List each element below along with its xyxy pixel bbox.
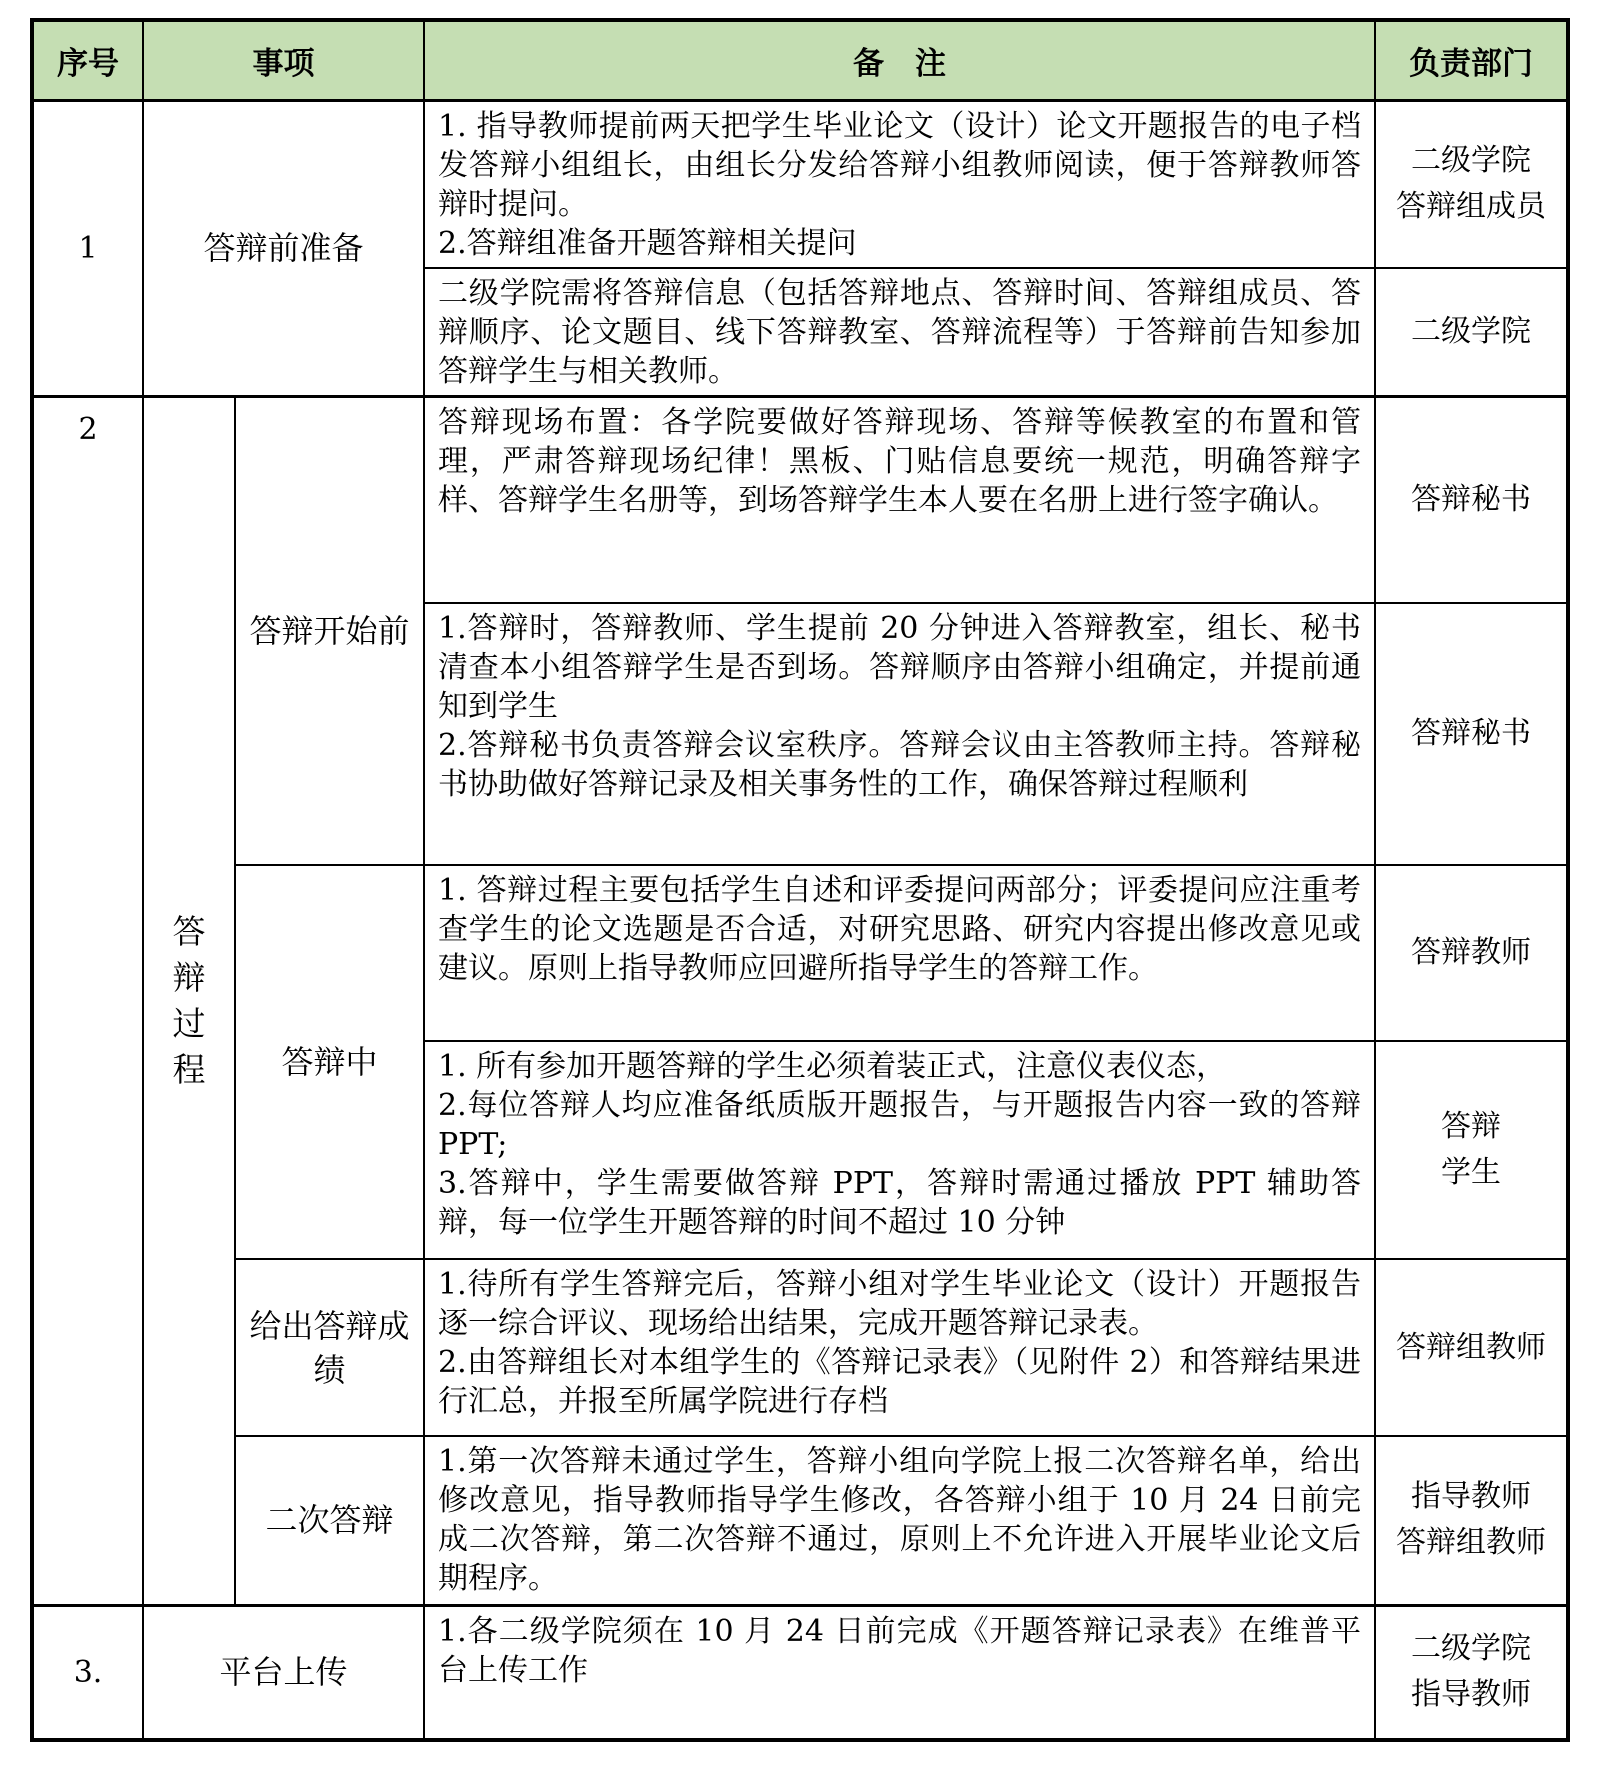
cell-r2a-dept: 答辩秘书 <box>1375 396 1568 603</box>
document-page: 序号 事项 备 注 负责部门 1 答辩前准备 1. 指导教师提前两天把学生毕业论… <box>0 18 1604 1765</box>
vertical-item-label: 答辩过程 <box>172 909 206 1093</box>
cell-r1-no: 1 <box>32 100 143 396</box>
cell-r2-sub4-label: 二次答辩 <box>235 1436 424 1605</box>
header-cell-no: 序号 <box>32 20 143 100</box>
cell-r3-remark: 1.各二级学院须在 10 月 24 日前完成《开题答辩记录表》在维普平台上传工作 <box>424 1605 1375 1740</box>
cell-r2c-remark: 1. 答辩过程主要包括学生自述和评委提问两部分；评委提问应注重考查学生的论文选题… <box>424 865 1375 1041</box>
cell-r1b-dept: 二级学院 <box>1375 268 1568 397</box>
cell-r2b-remark: 1.答辩时，答辩教师、学生提前 20 分钟进入答辩教室，组长、秘书清查本小组答辩… <box>424 603 1375 865</box>
header-cell-item: 事项 <box>143 20 424 100</box>
cell-r2f-remark: 1.第一次答辩未通过学生，答辩小组向学院上报二次答辩名单，给出修改意见，指导教师… <box>424 1436 1375 1605</box>
cell-r1b-remark: 二级学院需将答辩信息（包括答辩地点、答辩时间、答辩组成员、答辩顺序、论文题目、线… <box>424 268 1375 397</box>
cell-r1a-remark: 1. 指导教师提前两天把学生毕业论文（设计）论文开题报告的电子档发答辩小组组长，… <box>424 100 1375 268</box>
table-row: 3. 平台上传 1.各二级学院须在 10 月 24 日前完成《开题答辩记录表》在… <box>32 1605 1568 1740</box>
cell-r2e-dept: 答辩组教师 <box>1375 1259 1568 1436</box>
cell-r2d-remark: 1. 所有参加开题答辩的学生必须着装正式，注意仪表仪态， 2.每位答辩人均应准备… <box>424 1041 1375 1259</box>
cell-r1a-dept: 二级学院 答辩组成员 <box>1375 100 1568 268</box>
header-cell-remark: 备 注 <box>424 20 1375 100</box>
cell-r2d-dept: 答辩 学生 <box>1375 1041 1568 1259</box>
cell-r2a-remark: 答辩现场布置：各学院要做好答辩现场、答辩等候教室的布置和管理，严肃答辩现场纪律！… <box>424 396 1375 603</box>
defense-procedure-table: 序号 事项 备 注 负责部门 1 答辩前准备 1. 指导教师提前两天把学生毕业论… <box>30 18 1570 1742</box>
cell-r2-sub1-label: 答辩开始前 <box>235 396 424 865</box>
cell-r1-item: 答辩前准备 <box>143 100 424 396</box>
cell-r2-no: 2 <box>32 396 143 1605</box>
cell-r2b-dept: 答辩秘书 <box>1375 603 1568 865</box>
cell-r3-dept: 二级学院 指导教师 <box>1375 1605 1568 1740</box>
table-row: 2 答辩过程 答辩开始前 答辩现场布置：各学院要做好答辩现场、答辩等候教室的布置… <box>32 396 1568 603</box>
cell-r3-no: 3. <box>32 1605 143 1740</box>
table-header-row: 序号 事项 备 注 负责部门 <box>32 20 1568 100</box>
cell-r2-sub2-label: 答辩中 <box>235 865 424 1259</box>
table-row: 1 答辩前准备 1. 指导教师提前两天把学生毕业论文（设计）论文开题报告的电子档… <box>32 100 1568 268</box>
cell-r2-sub3-label: 给出答辩成绩 <box>235 1259 424 1436</box>
table-row: 答辩中 1. 答辩过程主要包括学生自述和评委提问两部分；评委提问应注重考查学生的… <box>32 865 1568 1041</box>
cell-r3-item: 平台上传 <box>143 1605 424 1740</box>
cell-r2f-dept: 指导教师 答辩组教师 <box>1375 1436 1568 1605</box>
table-row: 给出答辩成绩 1.待所有学生答辩完后，答辩小组对学生毕业论文（设计）开题报告逐一… <box>32 1259 1568 1436</box>
cell-r2-item: 答辩过程 <box>143 396 235 1605</box>
cell-r2e-remark: 1.待所有学生答辩完后，答辩小组对学生毕业论文（设计）开题报告逐一综合评议、现场… <box>424 1259 1375 1436</box>
cell-r2c-dept: 答辩教师 <box>1375 865 1568 1041</box>
table-row: 二次答辩 1.第一次答辩未通过学生，答辩小组向学院上报二次答辩名单，给出修改意见… <box>32 1436 1568 1605</box>
header-cell-dept: 负责部门 <box>1375 20 1568 100</box>
